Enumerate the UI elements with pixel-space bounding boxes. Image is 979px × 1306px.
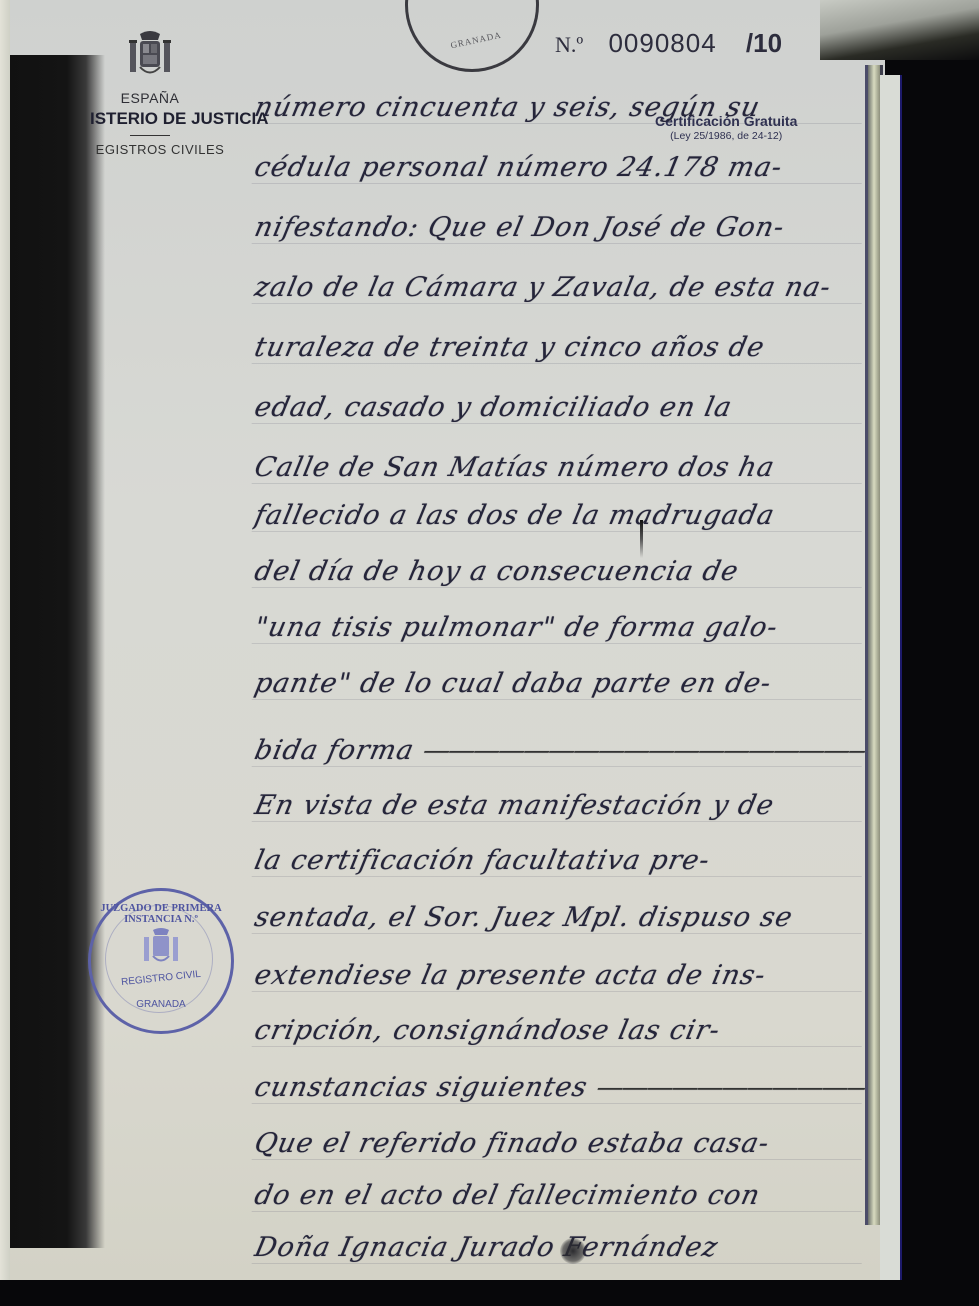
stamp-court-name: JUZGADO DE PRIMERA INSTANCIA N.º [91, 903, 231, 925]
certificate-number-value: 0090804 [608, 28, 716, 58]
handwritten-line: número cincuenta y seis, según su [252, 92, 869, 124]
handwritten-line: la certificación facultativa pre- [252, 845, 869, 877]
coat-of-arms-icon [126, 30, 174, 88]
court-stamp: JUZGADO DE PRIMERA INSTANCIA N.º REGISTR… [88, 888, 234, 1034]
line-filler-dash: ———————————— [594, 1072, 869, 1103]
handwritten-line: sentada, el Sor. Juez Mpl. dispuso se [252, 902, 869, 934]
folded-page-corner [820, 0, 979, 60]
handwritten-line: fallecido a las dos de la madrugada [252, 500, 869, 532]
letterhead-ministry: ISTERIO DE JUSTICIA [90, 109, 250, 129]
paper-left-edge [0, 0, 10, 1280]
handwritten-line: turaleza de treinta y cinco años de [252, 332, 869, 364]
letterhead: ESPAÑA ISTERIO DE JUSTICIA EGISTROS CIVI… [50, 30, 250, 157]
handwritten-line: edad, casado y domiciliado en la [252, 392, 869, 424]
paper-right-margin [880, 75, 902, 1280]
handwritten-line: Que el referido finado estaba casa- [252, 1128, 869, 1160]
free-certification-law: (Ley 25/1986, de 24-12) [655, 130, 797, 142]
handwritten-line: cunstancias siguientes ———————————— [252, 1072, 869, 1104]
handwritten-line: Calle de San Matías número dos ha [252, 452, 869, 484]
certificate-number-label: N.º [555, 32, 583, 57]
handwritten-line-text: cunstancias siguientes [252, 1072, 591, 1103]
letterhead-divider [130, 135, 170, 136]
handwritten-line-text: bida forma [252, 735, 417, 766]
handwritten-line: extendiese la presente acta de ins- [252, 960, 869, 992]
letterhead-country: ESPAÑA [50, 90, 250, 106]
stamp-coat-of-arms-icon [141, 927, 181, 971]
handwritten-line: zalo de la Cámara y Zavala, de esta na- [252, 272, 869, 304]
handwritten-line: cripción, consignándose las cir- [252, 1015, 869, 1047]
ink-smudge [560, 1238, 586, 1264]
handwritten-line: bida forma —————————————————— [252, 735, 869, 767]
handwritten-line: del día de hoy a consecuencia de [252, 556, 869, 588]
handwritten-line: pante" de lo cual daba parte en de- [252, 668, 869, 700]
certificate-number: N.º 0090804 /10 [555, 28, 782, 59]
dark-background-bottom [0, 1280, 979, 1306]
certificate-number-suffix: /10 [746, 28, 782, 58]
pen-mark [640, 520, 643, 558]
handwritten-line: "una tisis pulmonar" de forma galo- [252, 612, 869, 644]
letterhead-registry: EGISTROS CIVILES [70, 142, 250, 157]
dark-background-right [902, 75, 979, 1306]
handwritten-line: cédula personal número 24.178 ma- [252, 152, 869, 184]
photocopy-shadow [10, 55, 105, 1248]
document-sheet: ESPAÑA ISTERIO DE JUSTICIA EGISTROS CIVI… [0, 0, 885, 1282]
stamp-city: GRANADA [91, 999, 231, 1010]
line-filler-dash: —————————————————— [420, 735, 868, 766]
handwritten-line: En vista de esta manifestación y de [252, 790, 869, 822]
handwritten-line: do en el acto del fallecimiento con [252, 1180, 869, 1212]
handwritten-line: nifestando: Que el Don José de Gon- [252, 212, 869, 244]
